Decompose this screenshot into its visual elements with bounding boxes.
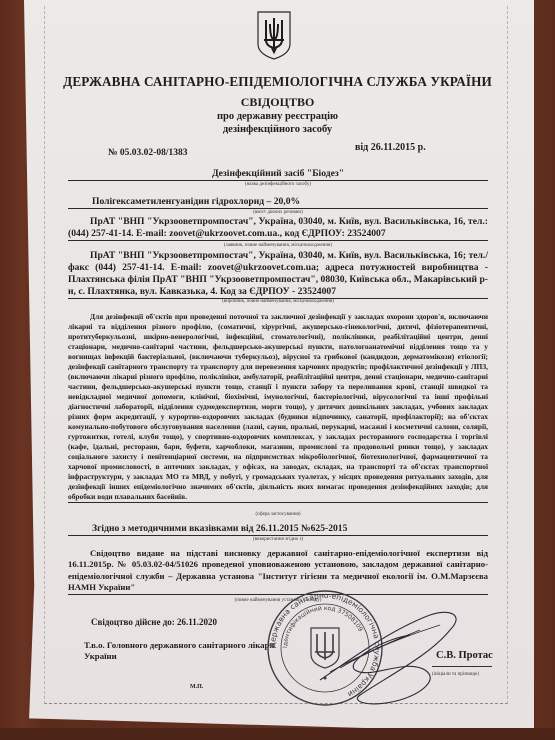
application-scope: Для дезінфекції об'єктів при проведенні …: [68, 312, 488, 503]
valid-until: Свідоцтво дійсне до: 26.11.2020: [91, 617, 217, 627]
product-name: Дезінфекційний засіб "Біодез": [68, 168, 488, 181]
active-substance: Полігексаметиленгуанідин гідрохлорид – 2…: [68, 196, 488, 209]
wood-background-edge: [0, 728, 555, 740]
trident-coat-of-arms-icon: [256, 10, 292, 60]
manufacturer: ПрАТ "ВНП "Укрзооветпромпостач", Україна…: [68, 250, 488, 299]
certificate-title: СВІДОЦТВО: [0, 95, 555, 110]
signer-caption: (ініціали та прізвище): [432, 672, 479, 677]
active-substance-caption: (вміст діючих речовин): [68, 210, 488, 215]
application-scope-caption: (сфера застосування): [68, 512, 488, 517]
product-name-caption: (назва дезінфекційного засобу): [68, 182, 488, 187]
manufacturer-caption: (виробник, повне найменування, місцезнах…: [68, 299, 488, 304]
certificate-number: № 05.03.02-08/1383: [108, 148, 187, 158]
stamp-place-label: М.П.: [190, 684, 203, 690]
signer-underline: [432, 666, 492, 667]
signer-title: Т.в.о. Головного державного санітарного …: [84, 640, 284, 662]
guidelines: Згідно з методичними вказівками від 26.1…: [68, 523, 488, 536]
agency-name: ДЕРЖАВНА САНІТАРНО-ЕПІДЕМІОЛОГІЧНА СЛУЖБ…: [0, 74, 555, 90]
applicant-caption: (заявник, повне найменування, місцезнахо…: [68, 243, 488, 248]
guidelines-caption: (використання згідно з): [68, 537, 488, 542]
certificate-subtitle-2: дезінфекційного засобу: [0, 124, 555, 135]
certificate-subtitle-1: про державну реєстрацію: [0, 111, 555, 122]
signer-name: С.В. Протас: [436, 650, 493, 661]
applicant: ПрАТ "ВНП "Укрзооветпромпостач", Україна…: [68, 216, 488, 241]
certificate-date: від 26.11.2015 р.: [355, 142, 426, 153]
